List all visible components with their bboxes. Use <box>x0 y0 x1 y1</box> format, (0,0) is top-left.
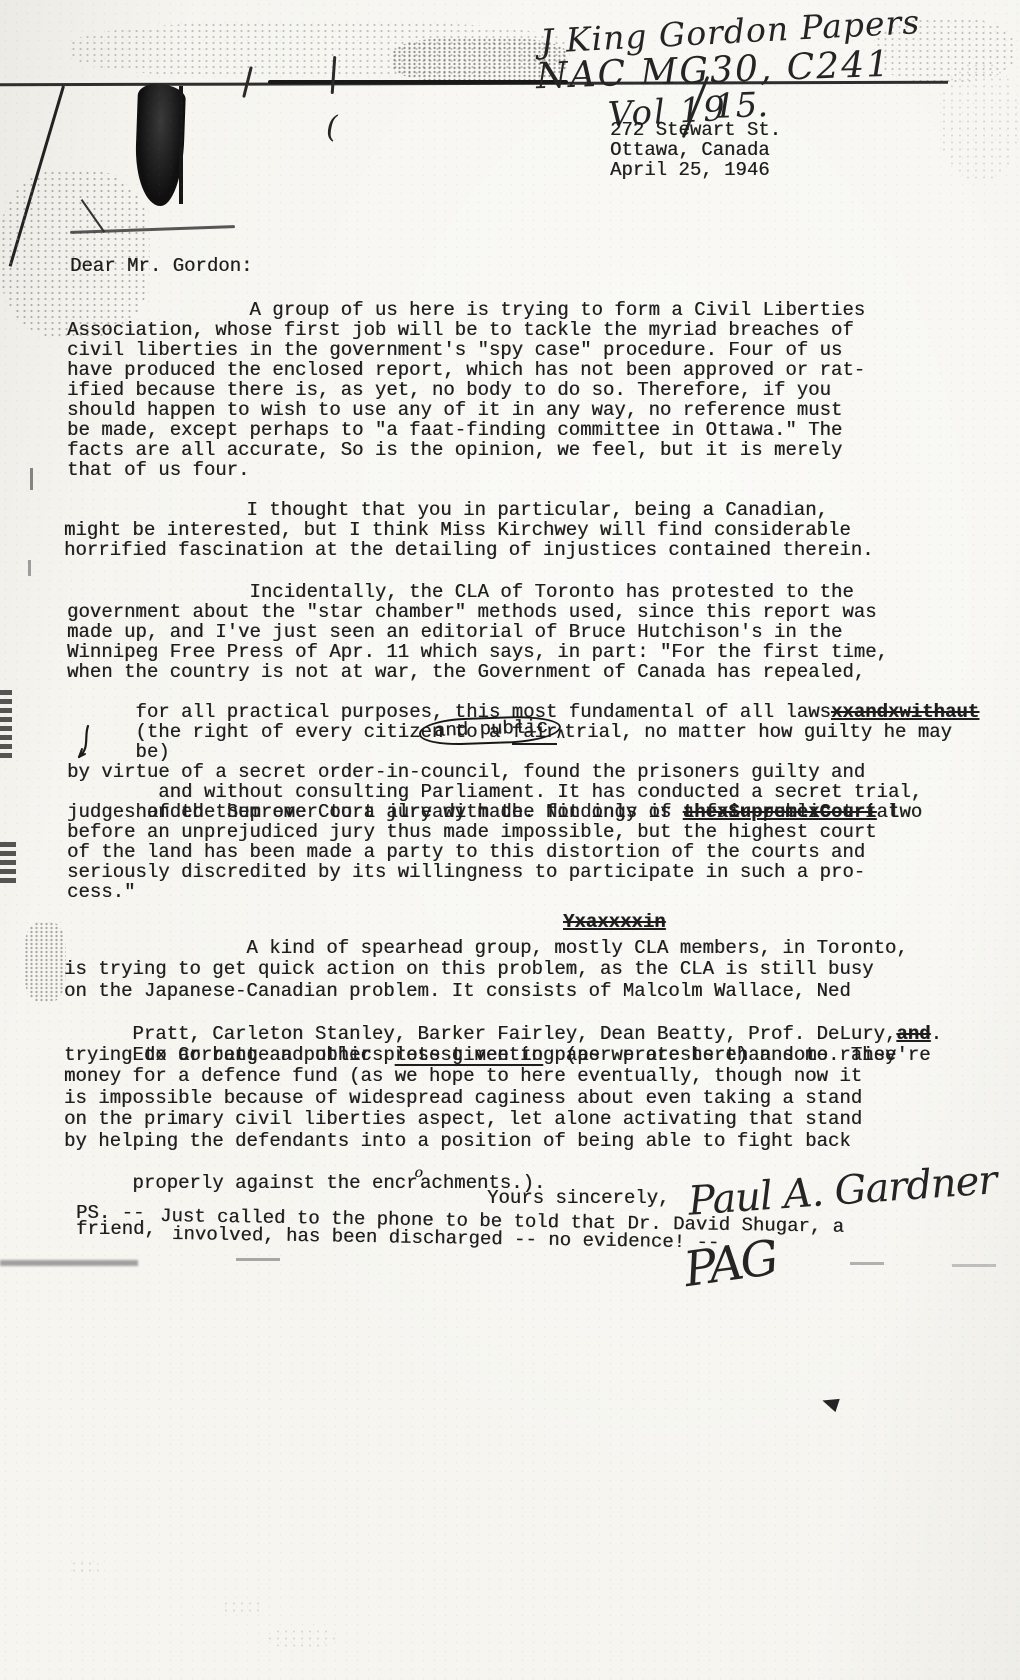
left-margin-blob-2 <box>0 842 16 886</box>
bottom-speck-3 <box>70 1560 100 1576</box>
typed-line: Winnipeg Free Press of Apr. 11 which say… <box>67 642 979 662</box>
scan-corner-blob <box>134 83 186 207</box>
left-margin-tick-1 <box>30 468 33 490</box>
text-segment: properly against the encr <box>132 1172 417 1194</box>
typed-line: facts are all accurate, So is the opinio… <box>67 440 865 460</box>
typed-line-with-underline: Edx Corbett and others less given to pap… <box>64 1024 942 1045</box>
typed-line: before an unprejudiced jury thus made im… <box>67 822 979 842</box>
left-margin-speckle <box>24 922 66 1002</box>
typed-line: is impossible because of widespread cagi… <box>64 1088 942 1109</box>
typed-line: money for a defence fund (as we hope to … <box>64 1066 942 1087</box>
scan-corner-blob-line <box>179 86 183 204</box>
bottom-smudge-dash-3 <box>952 1264 996 1267</box>
paragraph-1: A group of us here is trying to form a C… <box>67 300 865 480</box>
left-margin-tick-2 <box>28 560 31 576</box>
typed-line: that of us four. <box>67 460 865 480</box>
typed-line: Association, whose first job will be to … <box>67 320 865 340</box>
valediction: Yours sincerely, <box>487 1188 669 1208</box>
typed-line-with-superscript: properly against the encroachments.). <box>64 1152 942 1173</box>
typed-line: on the Japanese-Canadian problem. It con… <box>64 981 942 1002</box>
typed-line: government about the "star chamber" meth… <box>67 602 979 622</box>
typed-line-with-strikeout: for all practical purposes, this most fu… <box>67 682 979 702</box>
typed-line: should happen to wish to use any of it i… <box>67 400 865 420</box>
struck-out-word: Yxaxxxxin <box>563 912 666 932</box>
typed-line: A group of us here is trying to form a C… <box>67 300 865 320</box>
scan-corner-diagonal <box>9 86 65 267</box>
bottom-arrow-mark <box>820 1394 840 1412</box>
typed-line-with-strikeout: handed them over to a jury with the find… <box>67 782 979 802</box>
typed-line: friend, <box>76 1219 156 1239</box>
typed-line: cess." <box>67 882 979 902</box>
typed-strikeout: Yxaxxxxin <box>563 912 666 932</box>
pen-slash-2 <box>331 56 336 94</box>
typed-line: horrified fascination at the detailing o… <box>64 540 874 560</box>
address-line: Ottawa, Canada <box>610 140 781 160</box>
typed-line-with-strikeout: Pratt, Carleton Stanley, Barker Fairley,… <box>64 1002 942 1023</box>
bottom-smudge-dash-2 <box>850 1262 884 1265</box>
handwritten-arrow-icon <box>71 724 97 764</box>
salutation-line: Dear Mr. Gordon: <box>70 256 252 276</box>
typed-line: Incidentally, the CLA of Toronto has pro… <box>67 582 979 602</box>
left-margin-blob-1 <box>0 690 12 760</box>
bottom-smudge-dash-1 <box>236 1258 280 1261</box>
pen-slash-1 <box>242 66 252 98</box>
typed-line: civil liberties in the government's "spy… <box>67 340 865 360</box>
scan-scratch <box>81 199 106 233</box>
ps-overstruck-word: friend, <box>76 1219 156 1239</box>
scan-speckle-top-left <box>70 22 570 78</box>
typed-line: trying to ar range a public protest meet… <box>64 1045 942 1066</box>
scan-corner-dash-line <box>70 225 235 234</box>
typed-line: by virtue of a secret order-in-council, … <box>67 762 979 782</box>
typed-line: by helping the defendants into a positio… <box>64 1131 942 1152</box>
typed-line: judges of the Supreme Court already made… <box>67 802 979 822</box>
pen-paren-mark: ( <box>326 110 338 145</box>
address-block: 272 Stewart St. Ottawa, Canada April 25,… <box>610 120 781 180</box>
paragraph-4: A kind of spearhead group, mostly CLA me… <box>64 938 942 1173</box>
typed-line-with-circled-insert: be) and public <box>67 722 979 742</box>
typed-line: have produced the enclosed report, which… <box>67 360 865 380</box>
scan-fold-line-dark-segment <box>268 80 568 84</box>
paragraph-2: I thought that you in particular, being … <box>64 500 874 560</box>
typed-line: is trying to get quick action on this pr… <box>64 959 942 980</box>
typed-line: ified because there is, as yet, no body … <box>67 380 865 400</box>
scan-speckle-right-edge <box>940 62 1018 182</box>
typed-line: be made, except perhaps to "a faat-findi… <box>67 420 865 440</box>
scan-fold-line <box>0 81 948 86</box>
typed-line: on the primary civil liberties aspect, l… <box>64 1109 942 1130</box>
bottom-speck-1 <box>266 1628 336 1648</box>
date-line: April 25, 1946 <box>610 160 781 180</box>
bottom-speck-2 <box>222 1600 262 1614</box>
typed-line: I thought that you in particular, being … <box>64 500 874 520</box>
typed-line: made up, and I've just seen an editorial… <box>67 622 979 642</box>
handwritten-superscript-letter: o <box>414 1165 422 1181</box>
scanned-letter-page: ( J King Gordon Papers NAC MG30, C241 Vo… <box>0 0 1020 1680</box>
typed-line: when the country is not at war, the Gove… <box>67 662 979 682</box>
address-line: 272 Stewart St. <box>610 120 781 140</box>
typed-line: of the land has been made a party to thi… <box>67 842 979 862</box>
archive-note-line1: J King Gordon Papers <box>539 2 921 61</box>
typed-line: seriously discredited by its willingness… <box>67 862 979 882</box>
typed-line: A kind of spearhead group, mostly CLA me… <box>64 938 942 959</box>
valediction-line: Yours sincerely, <box>487 1188 669 1208</box>
paragraph-3: Incidentally, the CLA of Toronto has pro… <box>67 582 979 902</box>
typed-line-with-arrow: and without consulting Parliament. It ha… <box>67 742 979 762</box>
bottom-smudge-line <box>0 1260 138 1266</box>
salutation: Dear Mr. Gordon: <box>70 256 252 276</box>
typed-line: might be interested, but I think Miss Ki… <box>64 520 874 540</box>
